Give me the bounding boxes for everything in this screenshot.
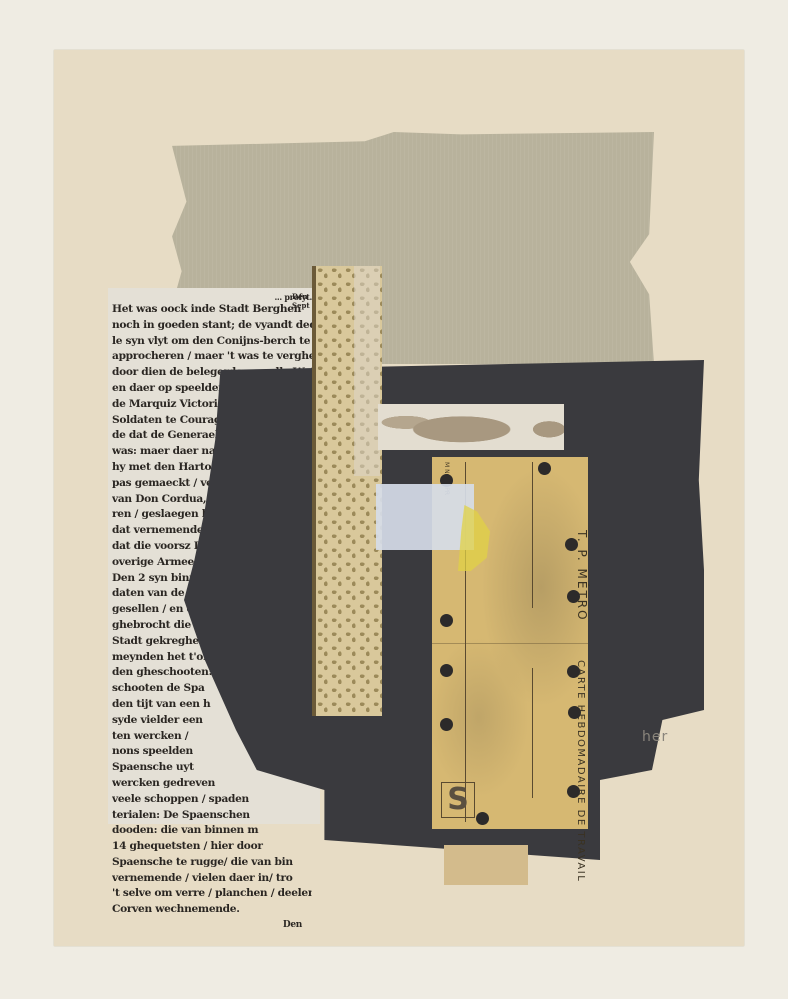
ticket-subtitle: CARTE HEBDOMADAIRE DE TRAVAIL — [575, 660, 586, 882]
newsprint-footer: Den — [112, 918, 312, 934]
punch-hole — [567, 590, 580, 603]
marbled-paper-strip — [378, 404, 564, 450]
ticket-rule — [532, 668, 533, 798]
ticket-fold — [432, 643, 588, 644]
ticket-field-prefix: M — [443, 462, 450, 467]
punch-hole — [440, 718, 453, 731]
newsprint-line: Corven wechnemende. — [112, 902, 312, 918]
torn-white-paper-overlay — [354, 266, 380, 476]
newsprint-header: ... profyt. — [112, 292, 312, 302]
newsprint-line: Spaensche te rugge/ die van bin — [112, 855, 312, 871]
tan-paper-tab — [444, 845, 528, 885]
newsprint-line: 14 ghequetsten / hier door — [112, 839, 312, 855]
artist-signature: her — [642, 729, 668, 745]
ticket-badge: S — [441, 782, 475, 818]
newsprint-line: noch in goeden stant; de vyandt dede al- — [112, 318, 312, 334]
newsprint-line: le syn vlyt om den Conijns-berch te — [112, 334, 312, 350]
tissue-paper-scrap — [376, 484, 474, 550]
newsprint-line: dooden: die van binnen m — [112, 823, 312, 839]
punch-hole — [440, 614, 453, 627]
newsprint-line: veele schoppen / spaden — [112, 792, 312, 808]
punch-hole — [568, 706, 581, 719]
newsprint-line: terialen: De Spaenschen — [112, 808, 312, 824]
newsprint-line: wercken gedreven — [112, 776, 312, 792]
newsprint-line: 't selve om verre / planchen / deelen e — [112, 886, 312, 902]
newsprint-line: approcheren / maer 't was te vergheefs/ — [112, 349, 312, 365]
punch-hole — [567, 785, 580, 798]
punch-hole — [565, 538, 578, 551]
punch-hole — [476, 812, 489, 825]
punch-hole — [567, 665, 580, 678]
newsprint-line: vernemende / vielen daer in/ tro — [112, 871, 312, 887]
ticket-rule — [532, 462, 533, 608]
newsprint-line: Het was oock inde Stadt Berghen — [112, 302, 312, 318]
punch-hole — [440, 664, 453, 677]
punch-hole — [538, 462, 551, 475]
